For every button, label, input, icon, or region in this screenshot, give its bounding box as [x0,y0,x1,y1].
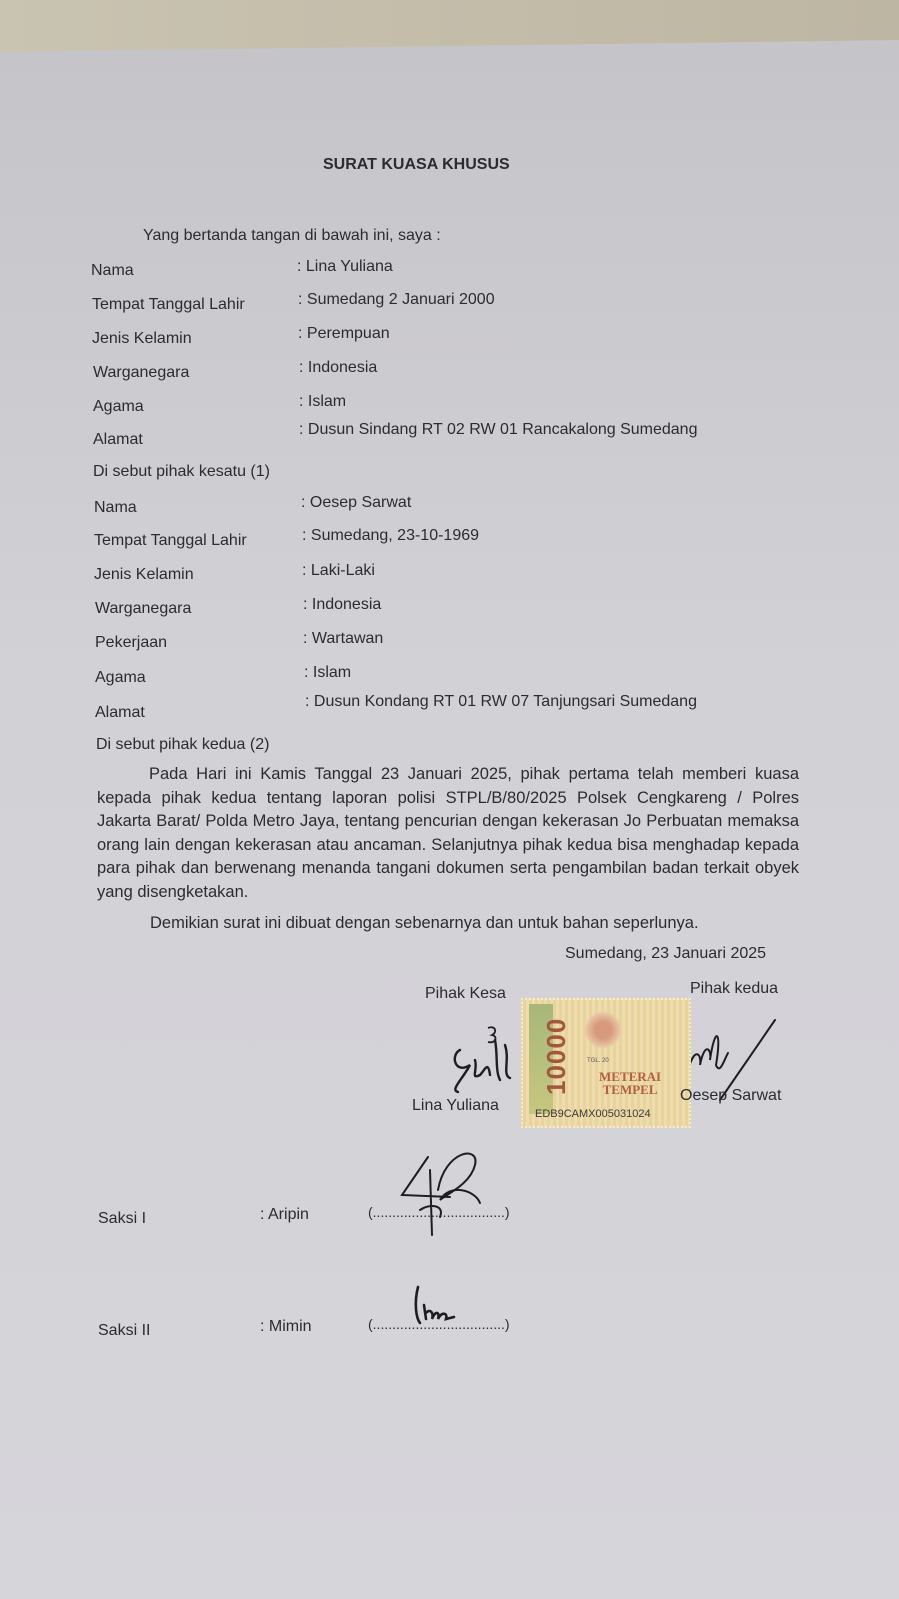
body-text: Pada Hari ini Kamis Tanggal 23 Januari 2… [97,763,799,904]
intro-text: Yang bertanda tangan di bawah ini, saya … [143,227,441,245]
closing-text: Demikian surat ini dibuat dengan sebenar… [150,914,699,933]
p2-value-ttl: : Sumedang, 23-10-1969 [302,527,479,545]
witness1-name: : Aripin [260,1206,309,1224]
stamp-value: 10000 [541,1018,572,1095]
witness2-label: Saksi II [98,1322,150,1340]
p2-label-ttl: Tempat Tanggal Lahir [94,532,247,550]
p1-value-ttl: : Sumedang 2 Januari 2000 [298,291,495,309]
party1-designation: Di sebut pihak kesatu (1) [93,463,270,481]
witness1-label: Saksi I [98,1210,146,1228]
p1-label-alamat: Alamat [93,431,143,449]
p2-label-jk: Jenis Kelamin [94,566,194,584]
p1-value-agama: : Islam [299,393,346,411]
signature-aripin [400,1145,490,1240]
left-signatory-name: Lina Yuliana [412,1097,499,1115]
p2-value-nama: : Oesep Sarwat [301,494,411,512]
p1-value-wn: : Indonesia [299,359,377,377]
p2-label-pekerjaan: Pekerjaan [95,634,167,652]
p1-value-jk: : Perempuan [298,325,390,343]
right-signatory-name: Oesep Sarwat [680,1087,781,1105]
party2-designation: Di sebut pihak kedua (2) [96,736,269,754]
place-date: Sumedang, 23 Januari 2025 [565,945,766,963]
body-paragraph: Pada Hari ini Kamis Tanggal 23 Januari 2… [97,763,799,904]
p2-value-jk: : Laki-Laki [302,562,375,580]
p2-value-alamat: : Dusun Kondang RT 01 RW 07 Tanjungsari … [305,693,697,711]
garuda-emblem-icon [585,1010,621,1050]
signature-lina-yuliana [440,1020,530,1100]
p2-label-alamat: Alamat [95,704,145,722]
stamp-label-line2: TEMPEL [599,1083,661,1096]
left-signatory-role: Pihak Kesa [425,985,506,1003]
meterai-stamp: 10000 TGL. 20 METERAI TEMPEL EDB9CAMX005… [521,998,691,1128]
p2-value-pekerjaan: : Wartawan [303,630,383,648]
p1-label-nama: Nama [91,262,134,280]
signature-mimin [410,1283,460,1328]
p2-label-wn: Warganegara [95,600,191,618]
document-title: SURAT KUASA KHUSUS [323,156,510,174]
p1-value-alamat: : Dusun Sindang RT 02 RW 01 Rancakalong … [299,421,697,439]
right-signatory-role: Pihak kedua [690,980,778,998]
p1-label-jk: Jenis Kelamin [92,330,192,348]
p1-value-nama: : Lina Yuliana [297,258,393,276]
stamp-serial: EDB9CAMX005031024 [535,1108,651,1120]
p1-label-wn: Warganegara [93,364,189,382]
p2-label-nama: Nama [94,499,137,517]
p1-label-ttl: Tempat Tanggal Lahir [92,296,245,314]
p2-value-agama: : Islam [304,664,351,682]
p2-value-wn: : Indonesia [303,596,381,614]
p2-label-agama: Agama [95,669,146,687]
stamp-label: METERAI TEMPEL [599,1070,661,1096]
witness2-name: : Mimin [260,1318,312,1336]
p1-label-agama: Agama [93,398,144,416]
stamp-date-field: TGL. 20 [587,1058,609,1064]
